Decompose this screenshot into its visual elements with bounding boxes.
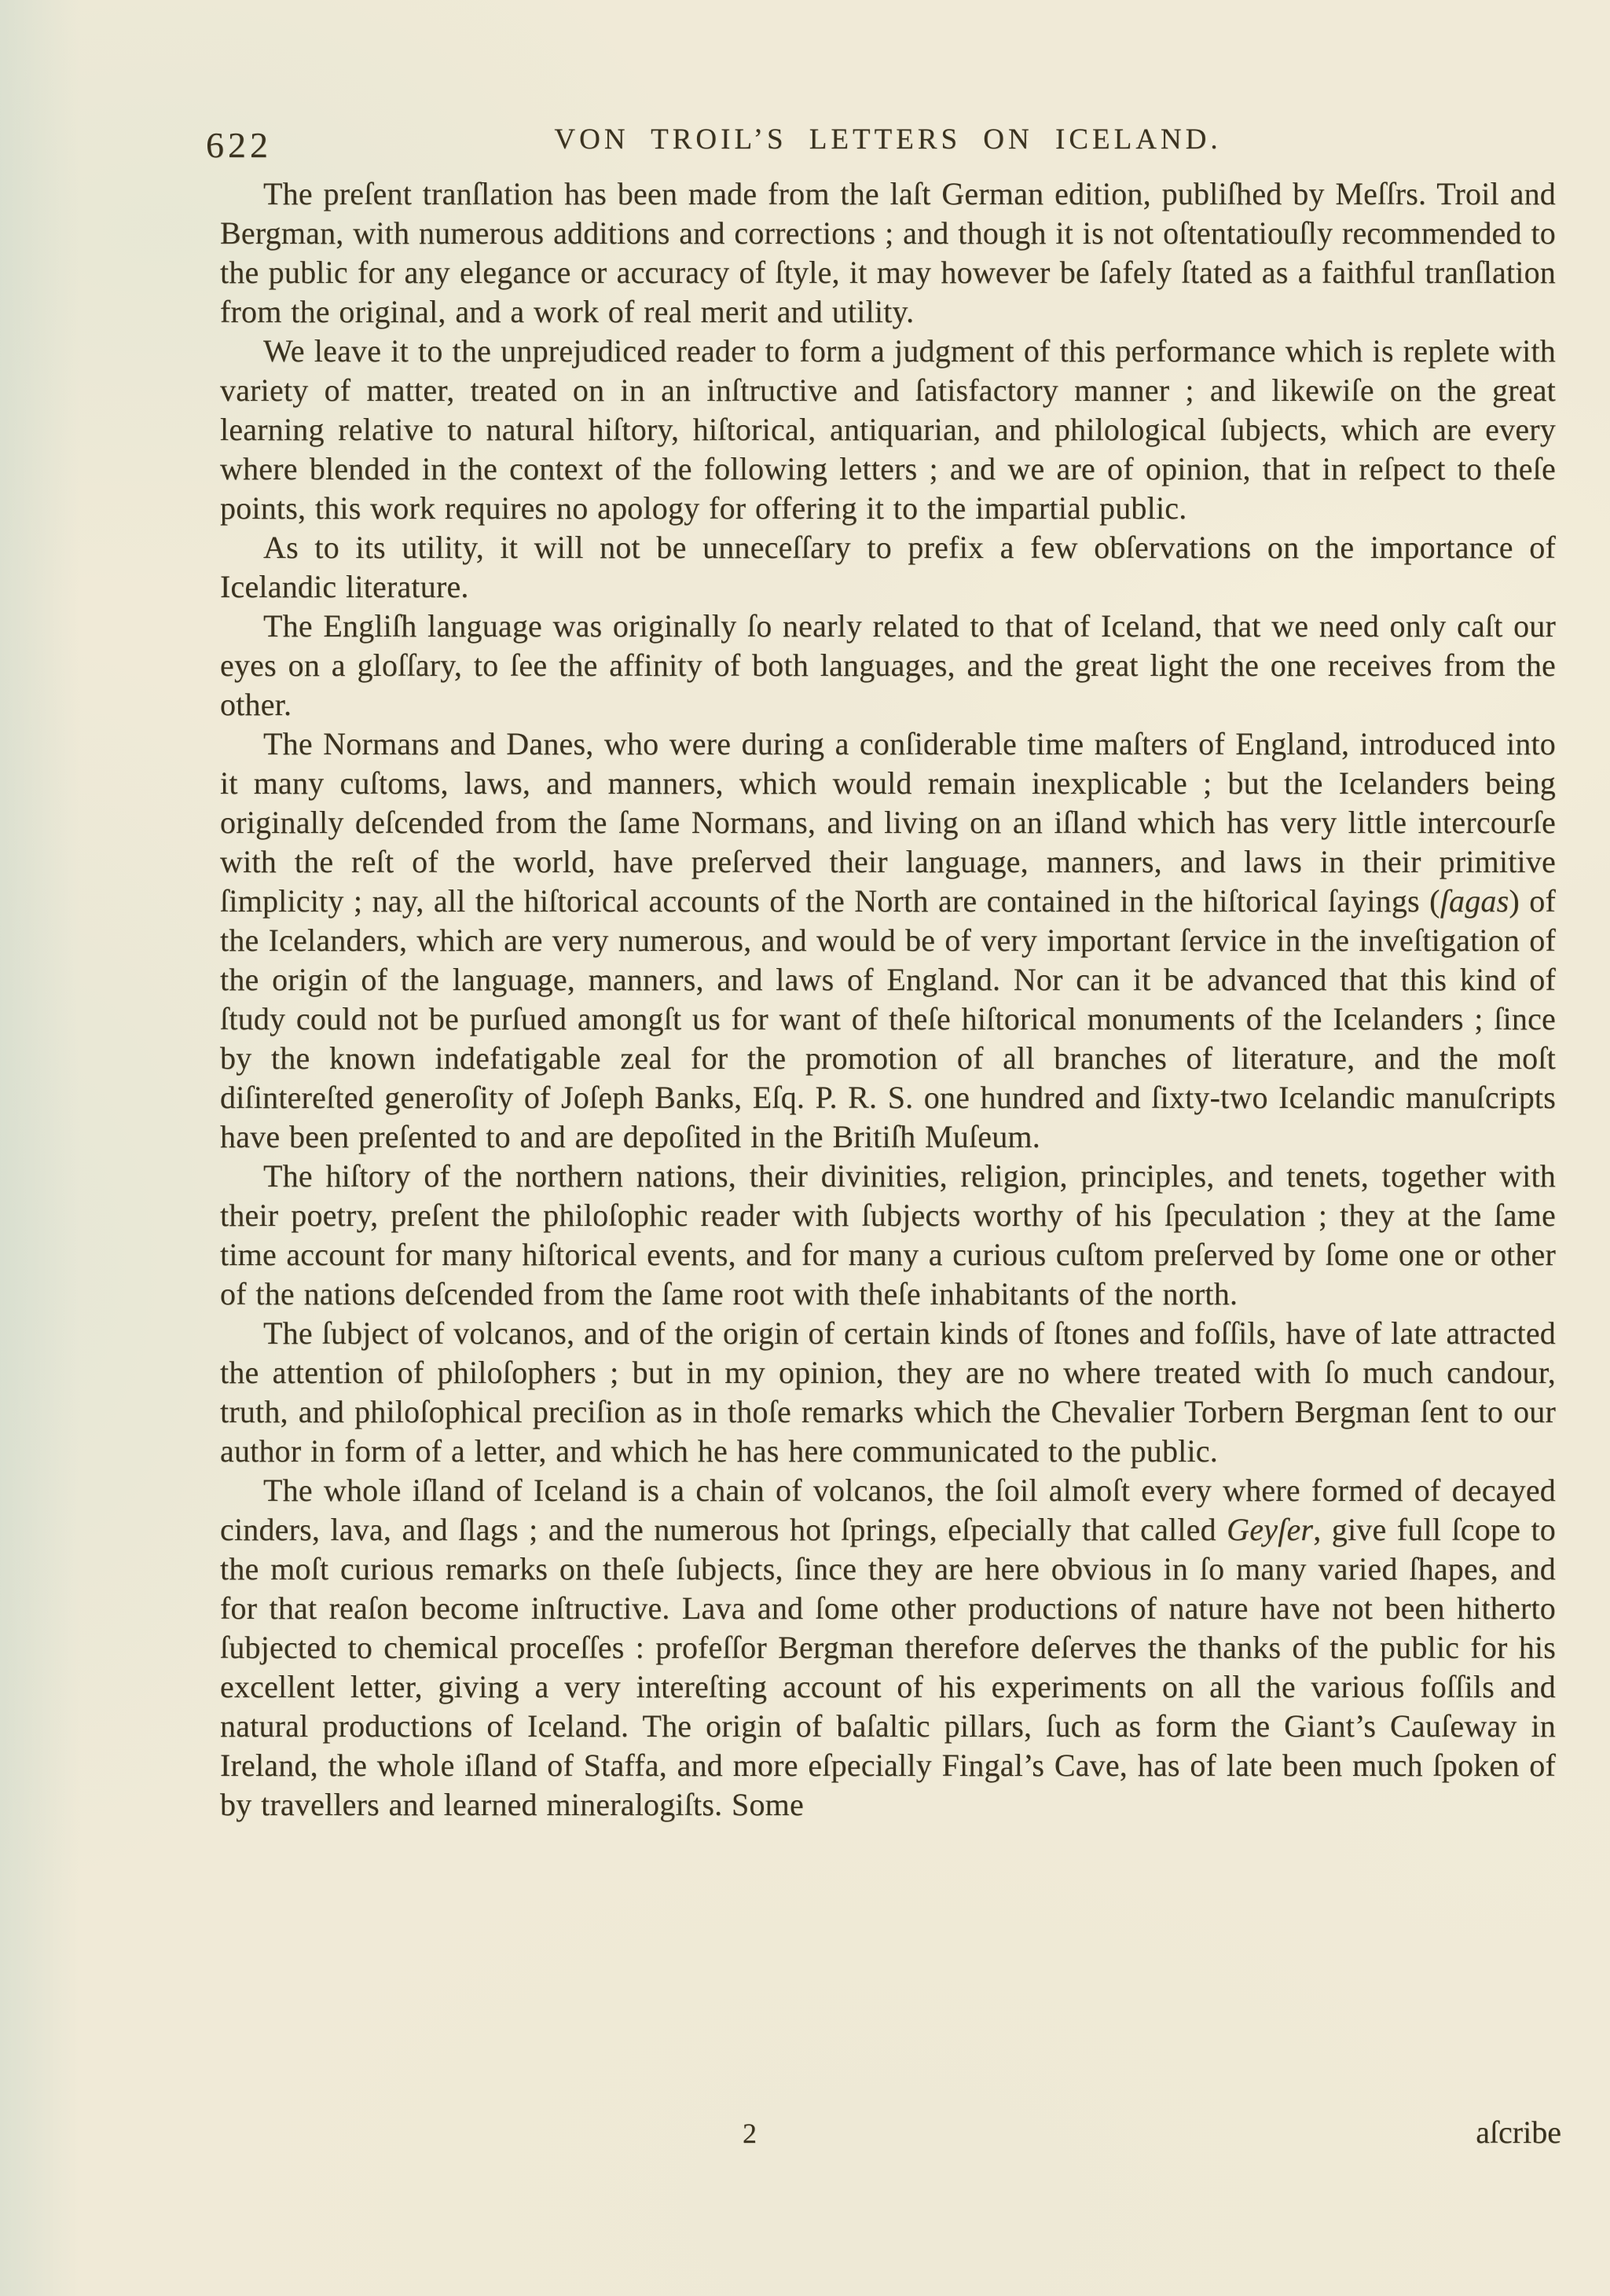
paragraph: The preſent tranſlation has been made fr… xyxy=(220,174,1556,332)
paragraph: As to its utility, it will not be unnece… xyxy=(220,528,1556,607)
catchword: aſcribe xyxy=(1476,2114,1561,2151)
text-run: The Engliſh language was originally ſo n… xyxy=(220,608,1556,722)
text-run: The hiſtory of the northern nations, the… xyxy=(220,1158,1556,1311)
text-run: We leave it to the unprejudiced reader t… xyxy=(220,333,1556,526)
paragraph: The ſubject of volcanos, and of the orig… xyxy=(220,1314,1556,1471)
paragraph: The Engliſh language was originally ſo n… xyxy=(220,607,1556,724)
text-run: The ſubject of volcanos, and of the orig… xyxy=(220,1315,1556,1469)
text-run: , give full ſcope to the moſt curious re… xyxy=(220,1512,1556,1822)
italic-text-run: ſagas xyxy=(1440,883,1509,919)
body-text: The preſent tranſlation has been made fr… xyxy=(220,174,1556,1825)
paragraph: The whole iſland of Iceland is a chain o… xyxy=(220,1471,1556,1825)
running-title: VON TROIL’S LETTERS ON ICELAND. xyxy=(220,123,1556,156)
text-run: As to its utility, it will not be unnece… xyxy=(220,530,1556,604)
text-run: The Normans and Danes, who were during a… xyxy=(220,726,1556,919)
paragraph: The hiſtory of the northern nations, the… xyxy=(220,1157,1556,1314)
book-page-scan: 622 VON TROIL’S LETTERS ON ICELAND. The … xyxy=(0,0,1610,2296)
text-run: The preſent tranſlation has been made fr… xyxy=(220,176,1556,329)
page-header: 622 VON TROIL’S LETTERS ON ICELAND. xyxy=(220,123,1556,178)
page-number: 622 xyxy=(206,124,272,166)
paragraph: We leave it to the unprejudiced reader t… xyxy=(220,332,1556,528)
signature-mark: 2 xyxy=(743,2117,757,2150)
paragraph: The Normans and Danes, who were during a… xyxy=(220,724,1556,1157)
italic-text-run: Geyſer xyxy=(1227,1512,1313,1547)
text-run: ) of the Icelanders, which are very nume… xyxy=(220,883,1556,1154)
